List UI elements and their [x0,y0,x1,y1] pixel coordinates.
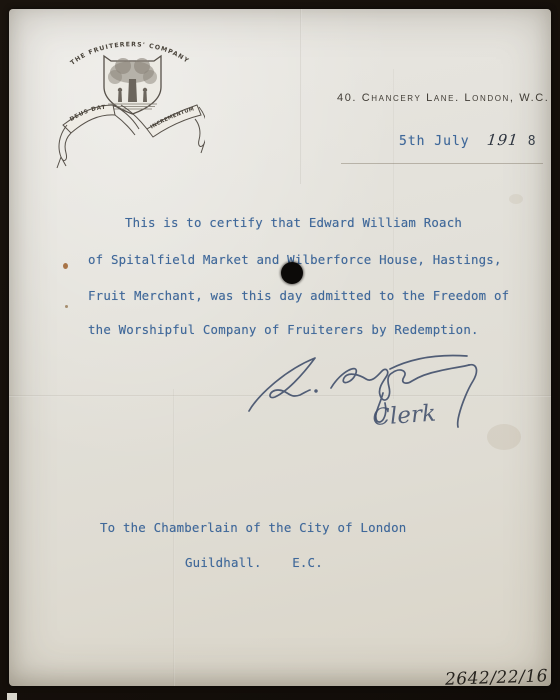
date-gap [470,134,488,149]
letter-paper: THE FRUITERERS' COMPANY [9,9,551,686]
foxing-speck [65,305,68,308]
signature-title-text: Clerk [372,401,437,431]
scanned-document: THE FRUITERERS' COMPANY [0,0,560,700]
date-rule-line [341,163,543,164]
footer-line-2: Guildhall. E.C. [185,555,323,570]
body-line-4: the Worshipful Company of Fruiterers by … [88,322,479,337]
letterhead-address: 40. Chancery Lane. London, W.C. [337,92,549,104]
printed-year-prefix: 191 [486,131,520,149]
fruiterers-company-crest: THE FRUITERERS' COMPANY [55,29,205,169]
footer-line-1: To the Chamberlain of the City of London [100,520,406,535]
date-line: 5th July 191 8 [399,130,537,149]
body-line-1: This is to certify that Edward William R… [125,215,462,230]
body-line-3: Fruit Merchant, was this day admitted to… [88,288,509,303]
scan-corner-tab [7,693,17,700]
clerk-signature: Jno. Engleton Clerk [241,345,491,437]
paper-stain [509,194,523,204]
foxing-speck [63,263,68,269]
paper-stain [487,424,521,450]
typed-date: 5th July [399,134,470,149]
fold-crease-vertical-top [300,9,302,184]
fold-crease-vertical-bottom [173,389,175,686]
hole-punch-dot [281,262,303,284]
typed-year-suffix: 8 [519,134,537,149]
archive-reference-number: 2642/22/16 [445,666,549,690]
